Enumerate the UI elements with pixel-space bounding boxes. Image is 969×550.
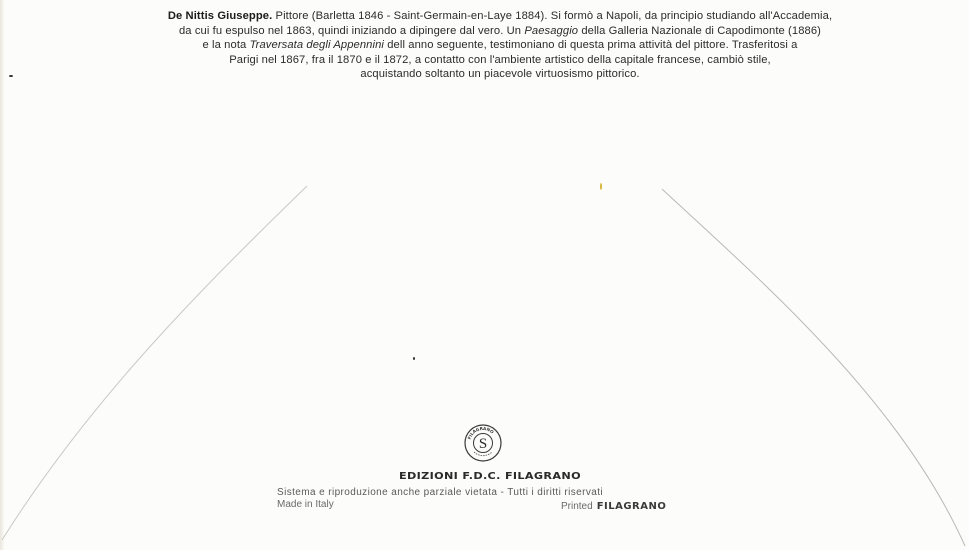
printed-by: PrintedFILAGRANO — [561, 501, 666, 512]
filagrano-logo-icon: S FILAGRANO — [463, 423, 503, 463]
bio-line-1: De Nittis Giuseppe. Pittore (Barletta 18… — [100, 9, 900, 24]
printer-brand: FILAGRANO — [597, 501, 667, 512]
envelope-flap-folds — [0, 0, 969, 550]
artwork-title: Traversata degli Appennini — [250, 39, 384, 51]
bio-line-5: acquistando soltanto un piacevole virtuo… — [100, 67, 900, 82]
artwork-title: Paesaggio — [524, 25, 578, 37]
envelope-back: De Nittis Giuseppe. Pittore (Barletta 18… — [0, 0, 969, 550]
rights-notice: Sistema e riproduzione anche parziale vi… — [277, 487, 702, 498]
bio-line-3: e la nota Traversata degli Appennini del… — [100, 38, 900, 53]
paper-speck — [600, 183, 602, 190]
made-in-label: Made in Italy — [277, 499, 334, 510]
paper-speck — [9, 75, 13, 77]
artist-name: De Nittis Giuseppe. — [168, 10, 272, 22]
publisher-name: EDIZIONI F.D.C. FILAGRANO — [344, 471, 635, 482]
svg-text:S: S — [479, 436, 487, 452]
paper-speck — [413, 357, 415, 360]
bio-line-4: Parigi nel 1867, fra il 1870 e il 1872, … — [100, 53, 900, 68]
bio-line-2: da cui fu espulso nel 1863, quindi inizi… — [100, 24, 900, 39]
artist-biography: De Nittis Giuseppe. Pittore (Barletta 18… — [100, 9, 900, 82]
